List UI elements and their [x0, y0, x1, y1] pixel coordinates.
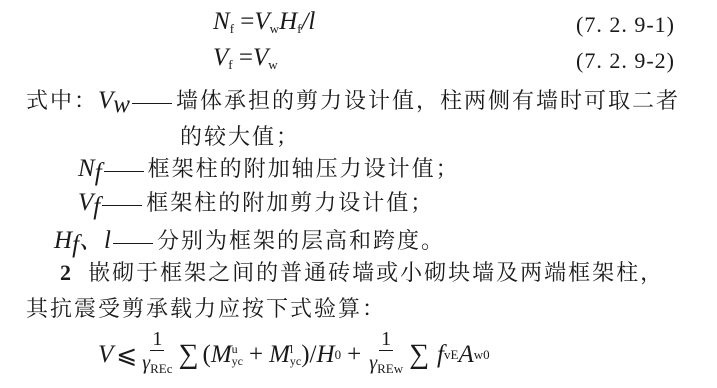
h-sub: 0	[335, 347, 342, 363]
plus-sign: +	[347, 341, 361, 369]
definition-hf-l: Hf、l分别为框架的层高和跨度。	[54, 220, 445, 259]
eq2-rhs: V	[253, 44, 268, 71]
formula-v: V	[98, 341, 113, 369]
eq2-rhs-sub: w	[268, 57, 277, 72]
moment-m: M	[269, 341, 290, 369]
def-symbol-sub: f	[95, 159, 102, 186]
eq1-lhs-sub: f	[230, 21, 234, 36]
def-symbol-sub: f	[93, 193, 100, 220]
eq1-v: V	[254, 8, 269, 35]
a-sub: w0	[474, 347, 490, 363]
where-label: 式中：	[26, 89, 98, 114]
gamma: γ	[369, 352, 377, 374]
summation-icon: ∑	[409, 339, 429, 371]
equation-7-2-9-1: Nf =VwHf/l	[213, 8, 315, 37]
sup-u: u	[232, 343, 243, 355]
def-symbol-sub: w	[113, 91, 130, 118]
def-symbol: V	[78, 189, 93, 216]
sup-l: l	[290, 343, 301, 355]
eq1-l: /l	[301, 8, 315, 35]
eq1-lhs: N	[213, 8, 230, 35]
shear-capacity-formula: V ⩽ 1 γREc ∑ ( M uyc + M lyc )/ H0 + 1 γ…	[98, 328, 490, 381]
fraction-numerator: 1	[150, 328, 164, 351]
area-a: A	[458, 341, 473, 369]
def-symbol-extra: 、l	[79, 227, 111, 254]
equals-sign: =	[239, 44, 253, 71]
m-superscript-subscript: uyc	[232, 343, 243, 367]
em-dash	[132, 103, 172, 104]
equation-number-2: (7. 2. 9-2)	[576, 48, 675, 74]
fraction-denominator: γREw	[369, 351, 403, 381]
gamma: γ	[142, 352, 150, 374]
strength-f: f	[437, 341, 444, 369]
em-dash	[102, 205, 142, 206]
eq1-h: H	[279, 8, 297, 35]
fraction-1-gamma-rew: 1 γREw	[369, 328, 403, 381]
eq1-v-sub: w	[270, 21, 279, 36]
item-2-line-1: 2 嵌砌于框架之间的普通砖墙或小砌块墙及两端框架柱，	[60, 256, 664, 287]
m-superscript-subscript: lyc	[290, 343, 301, 367]
sub-yc: yc	[232, 355, 243, 367]
em-dash	[113, 243, 153, 244]
definition-vw-continuation: 的较大值；	[180, 120, 300, 151]
def-text: 墙体承担的剪力设计值，柱两侧有墙时可取二者	[176, 89, 680, 114]
fraction-1-gamma-rec: 1 γREc	[142, 328, 172, 381]
def-symbol: N	[78, 155, 95, 182]
em-dash	[104, 171, 144, 172]
plus-sign: +	[249, 341, 263, 369]
fraction-numerator: 1	[379, 328, 393, 351]
equation-7-2-9-2: Vf =Vw	[213, 44, 278, 73]
def-symbol: V	[98, 87, 113, 114]
leq-sign: ⩽	[116, 340, 137, 370]
paren-open: (	[202, 341, 210, 369]
definition-nf: Nf框架柱的附加轴压力设计值；	[78, 152, 460, 187]
gamma-sub: REc	[150, 361, 172, 376]
paren-close-divide: )/	[301, 341, 316, 369]
equals-sign: =	[240, 8, 254, 35]
definition-vw: 式中：Vw墙体承担的剪力设计值，柱两侧有墙时可取二者	[26, 84, 680, 119]
moment-m: M	[211, 341, 232, 369]
def-text: 分别为框架的层高和跨度。	[157, 229, 445, 254]
f-sub: vE	[444, 347, 458, 363]
equation-number-1: (7. 2. 9-1)	[576, 12, 675, 38]
def-symbol: H	[54, 227, 72, 254]
height-h: H	[317, 341, 335, 369]
sub-yc: yc	[290, 355, 301, 367]
summation-icon: ∑	[179, 339, 199, 371]
fraction-denominator: γREc	[142, 351, 172, 381]
item-number: 2	[60, 260, 71, 285]
eq2-lhs-sub: f	[228, 57, 232, 72]
eq2-lhs: V	[213, 44, 228, 71]
item-text: 嵌砌于框架之间的普通砖墙或小砌块墙及两端框架柱，	[88, 261, 664, 286]
def-text: 框架柱的附加轴压力设计值；	[148, 157, 460, 182]
definition-vf: Vf框架柱的附加剪力设计值；	[78, 186, 434, 221]
def-text: 框架柱的附加剪力设计值；	[146, 191, 434, 216]
item-2-line-2: 其抗震受剪承载力应按下式验算：	[26, 292, 386, 323]
def-symbol-sub: f	[72, 231, 79, 258]
gamma-sub: REw	[377, 361, 403, 376]
